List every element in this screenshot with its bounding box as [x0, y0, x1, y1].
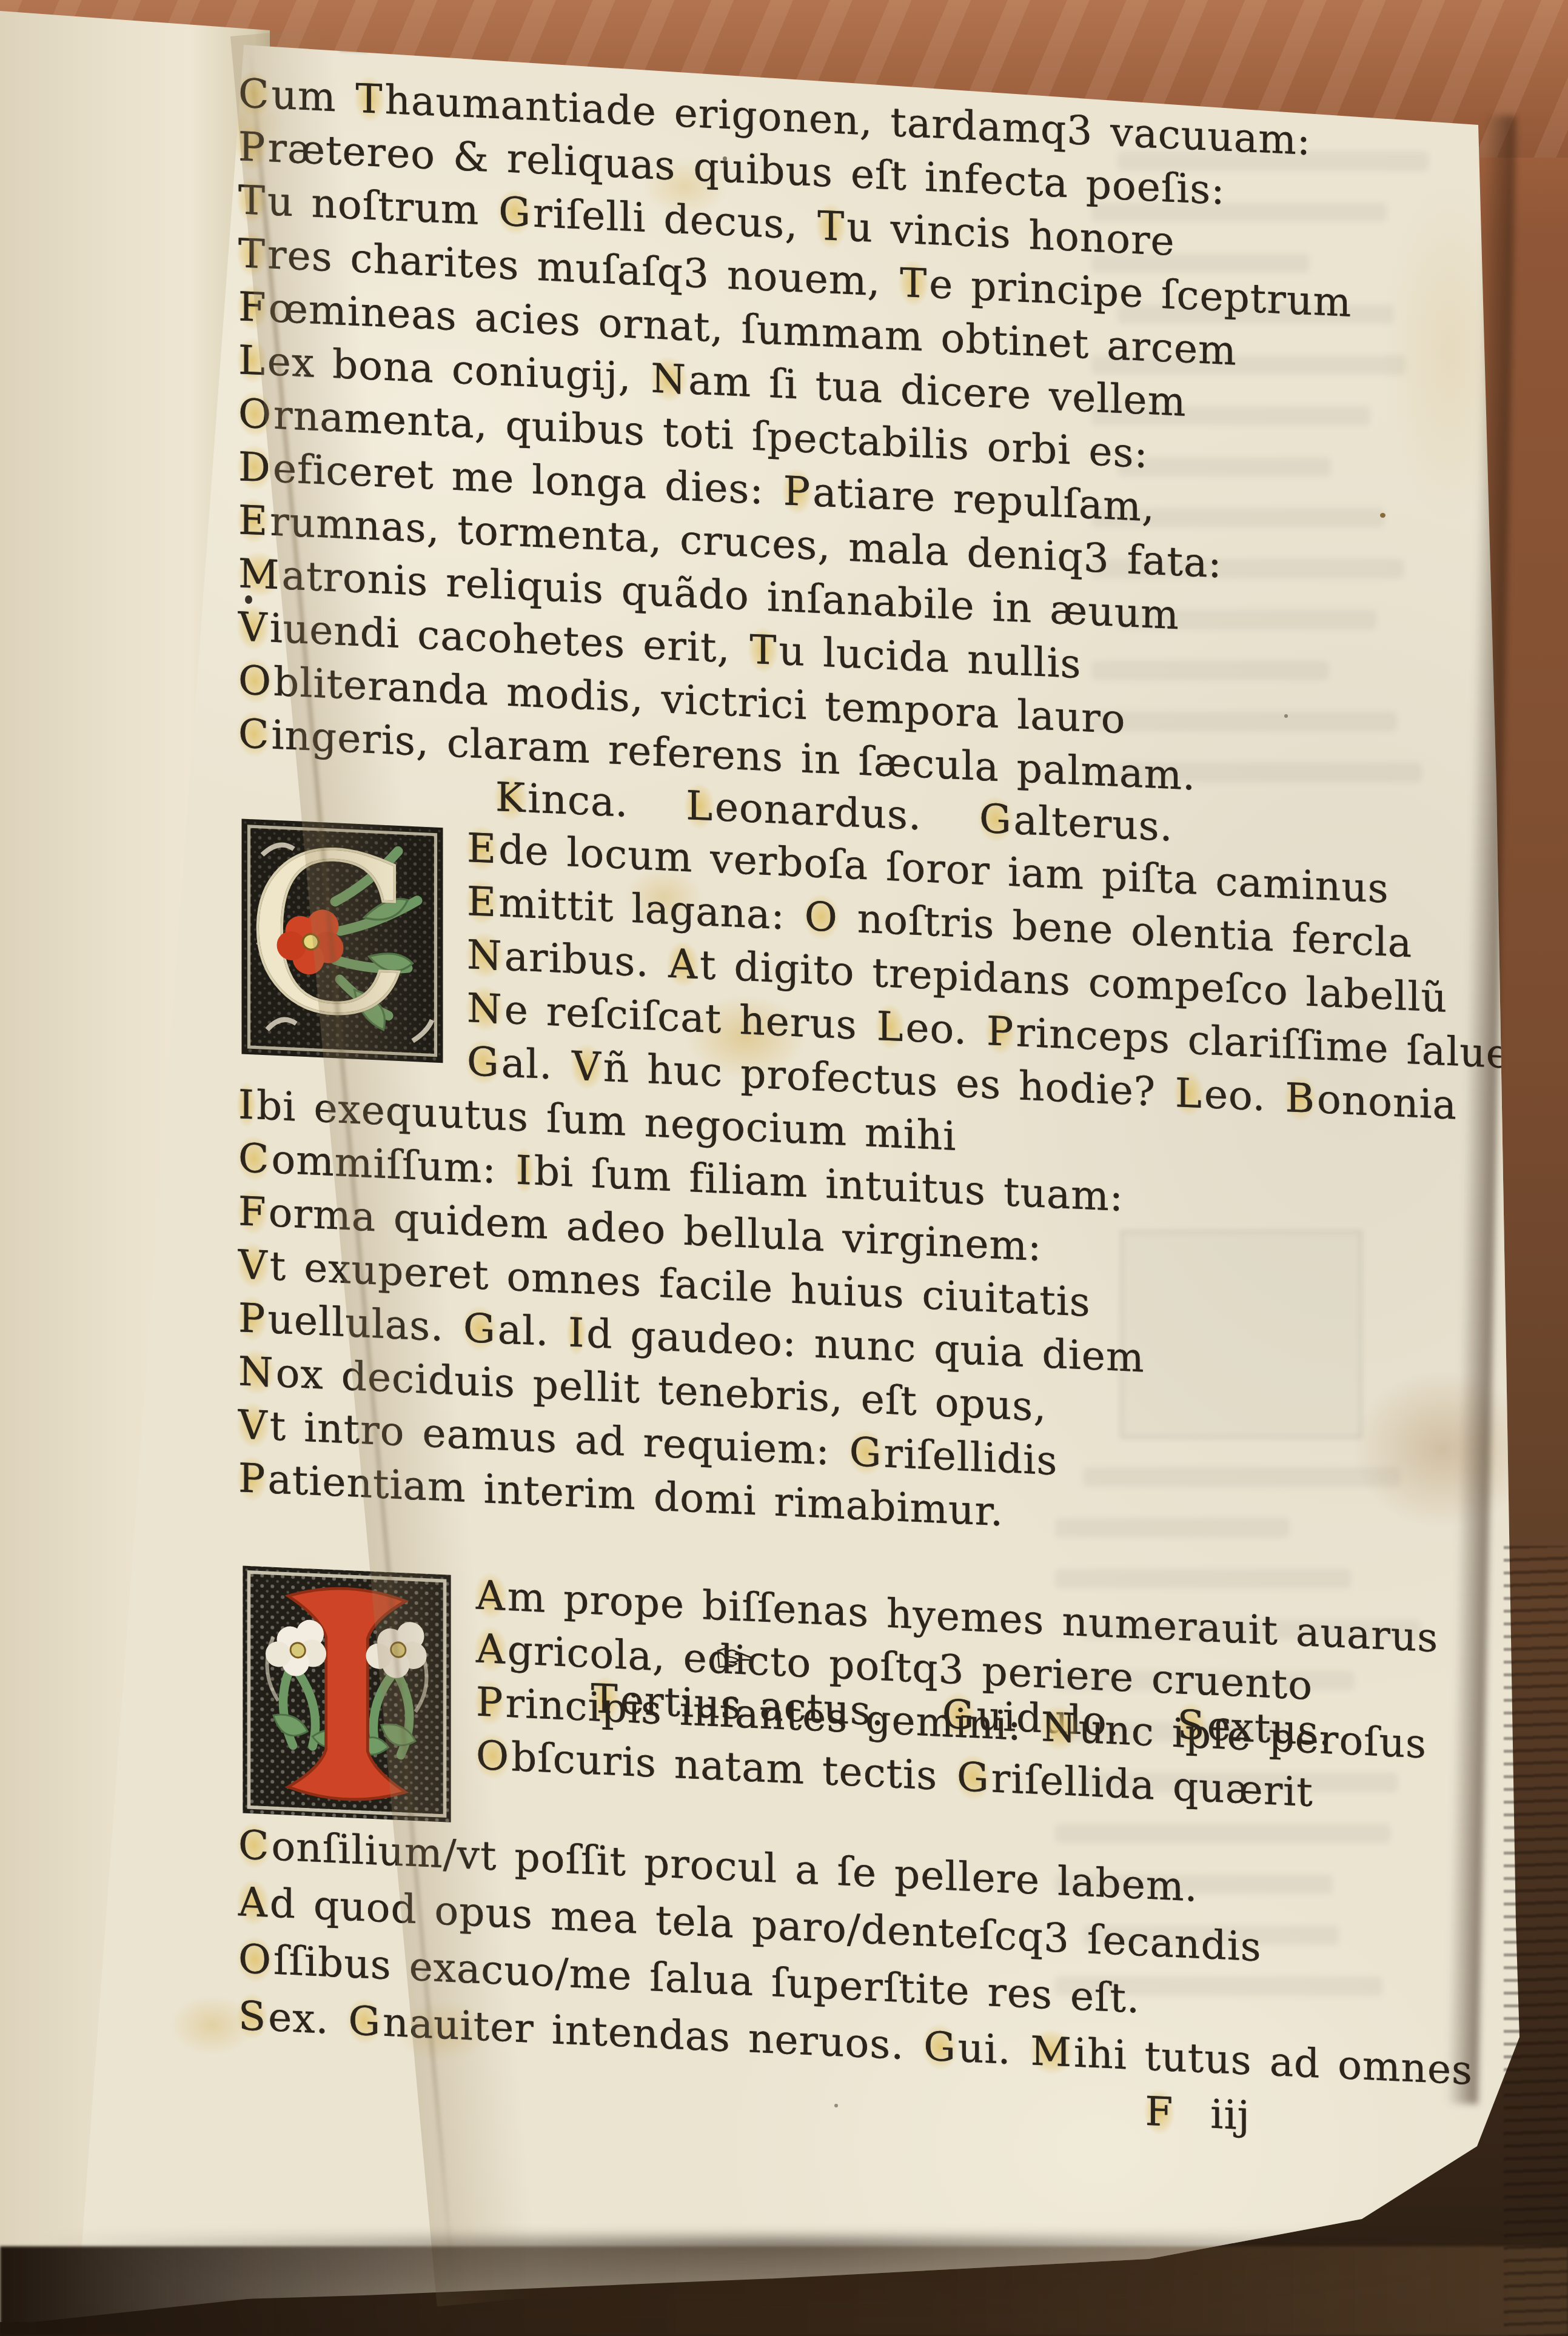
- rubricated-capital: E: [465, 825, 498, 872]
- rubricated-capital: G: [848, 1428, 884, 1477]
- rubricated-capital: I: [236, 1081, 256, 1128]
- rubricated-capital: S: [236, 1992, 268, 2040]
- rubricated-capital: E: [465, 878, 498, 926]
- rubricated-capital: V: [236, 603, 270, 651]
- heading-word: Leonardus.: [684, 782, 922, 839]
- text-run: riſelli decus,: [533, 190, 816, 249]
- text-run: ihi tutus ad omnes: [1074, 2030, 1473, 2094]
- rubricated-capital: C: [236, 1821, 272, 1870]
- rubricated-capital: G: [922, 2023, 958, 2071]
- text-run: riſellidis: [884, 1430, 1058, 1485]
- rubricated-capital: N: [236, 1348, 276, 1396]
- rubricated-capital: F: [236, 1188, 269, 1236]
- text-run: u lucida nullis: [779, 628, 1081, 688]
- rubricated-capital: G: [955, 1753, 991, 1802]
- wood-grain: [1504, 1546, 1568, 2336]
- verse-block-top: Cum Thaumantiade erigonen, tardamq3 vacu…: [236, 67, 1455, 815]
- rubricated-capital: N: [649, 355, 689, 403]
- text-run: eo.: [905, 1004, 985, 1054]
- rubricated-capital: V: [236, 1241, 270, 1289]
- rubricated-capital: G: [497, 188, 533, 236]
- rubricated-capital: N: [465, 931, 504, 980]
- rubricated-capital: T: [748, 626, 779, 674]
- text-run: iij: [1175, 2089, 1250, 2140]
- rubricated-capital: P: [236, 1454, 267, 1502]
- text-run: al.: [501, 1039, 570, 1089]
- rubricated-capital: A: [666, 940, 700, 988]
- rubricated-capital: N: [465, 985, 504, 1033]
- rubricated-capital: N: [1039, 1704, 1079, 1752]
- rubricated-capital: T: [354, 75, 385, 123]
- rubricated-capital: V: [236, 1401, 270, 1449]
- rubricated-capital: I: [566, 1309, 586, 1356]
- text-run: eo.: [1204, 1071, 1284, 1121]
- rubricated-capital: B: [1284, 1074, 1318, 1122]
- rubricated-capital: D: [236, 443, 273, 492]
- rubricated-capital: V: [570, 1043, 603, 1091]
- rubricated-capital: G: [346, 1997, 383, 2046]
- rubricated-capital: K: [494, 774, 528, 822]
- rubricated-capital: C: [236, 1134, 272, 1183]
- rubricated-capital: L: [875, 1003, 906, 1051]
- rubricated-capital: F: [1144, 2088, 1176, 2136]
- book-page: Cum Thaumantiade erigonen, tardamq3 vacu…: [0, 0, 1568, 2336]
- text-run: ui.: [958, 2024, 1029, 2074]
- rubricated-capital: A: [474, 1571, 508, 1619]
- rubricated-capital: L: [684, 782, 715, 830]
- rubricated-capital: M: [1028, 2027, 1074, 2076]
- rubricated-capital: T: [898, 259, 929, 307]
- rubricated-capital: O: [803, 893, 840, 942]
- rubricated-capital: M: [236, 550, 282, 598]
- rubricated-capital: P: [782, 467, 812, 515]
- text-run: aribus.: [504, 933, 667, 987]
- text-run: mittit lagana:: [498, 879, 802, 939]
- rubricated-capital: G: [461, 1305, 498, 1353]
- heading-word: Galterus.: [977, 795, 1173, 850]
- text-run: al.: [498, 1306, 566, 1356]
- rubricated-capital: E: [236, 497, 270, 544]
- rubricated-capital: I: [514, 1146, 534, 1194]
- text-run: ex.: [268, 1993, 346, 2044]
- rubricated-capital: C: [236, 710, 272, 758]
- photo-scene: Cum Thaumantiade erigonen, tardamq3 vacu…: [0, 0, 1568, 2336]
- wooden-table-bottom: [0, 2246, 1568, 2336]
- text-run: ononia: [1317, 1076, 1457, 1128]
- rubricated-capital: A: [236, 1878, 270, 1926]
- rubricated-capital: P: [236, 1294, 267, 1342]
- text-run: riſellida quærit: [991, 1755, 1313, 1816]
- rubricated-capital: O: [236, 657, 273, 705]
- heading-word: Kinca.: [494, 774, 628, 826]
- text-run: eonardus.: [715, 783, 922, 839]
- rubricated-capital: P: [985, 1008, 1016, 1056]
- rubricated-capital: G: [465, 1038, 501, 1086]
- rubricated-capital: T: [816, 202, 846, 250]
- rubricated-capital: L: [1173, 1069, 1204, 1117]
- rubricated-capital: O: [236, 1935, 273, 1984]
- text-run: inca.: [528, 775, 628, 826]
- text-run: alterus.: [1014, 797, 1173, 851]
- rubricated-capital: G: [977, 795, 1014, 843]
